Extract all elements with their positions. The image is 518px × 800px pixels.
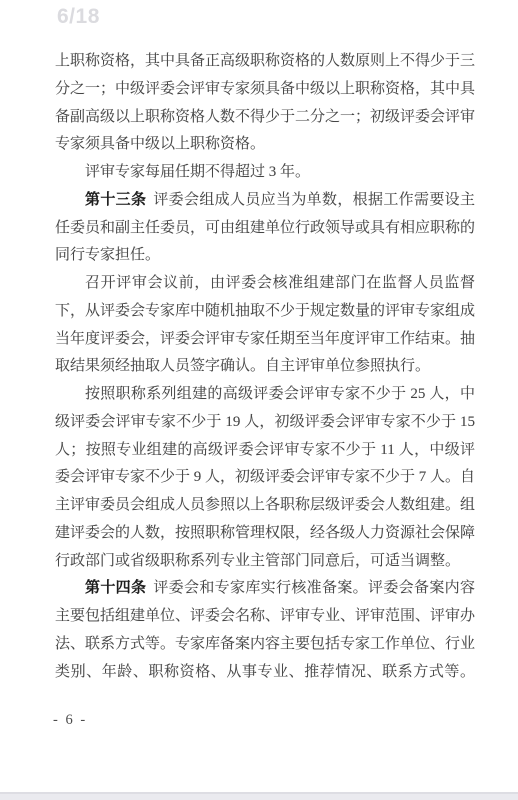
article-number: 第十三条 xyxy=(85,192,146,208)
text-line: 同行专家担任。 xyxy=(55,242,475,270)
document-body: 上职称资格，其中具备正高级职称资格的人数原则上不得少于三 分之一；中级评委会评审… xyxy=(55,48,475,686)
article-heading-line: 第十三条评委会组成人员应当为单数，根据工作需要设主 xyxy=(55,187,475,215)
text-line: 当年度评委会，评委会评审专家任期至当年度评审工作结束。抽 xyxy=(55,326,475,354)
text-line: 召开评审会议前，由评委会核准组建部门在监督人员监督 xyxy=(55,270,475,298)
text-line: 主要包括组建单位、评委会名称、评审专业、评审范围、评审办 xyxy=(55,603,475,631)
text-line: 任委员和副主任委员，可由组建单位行政领导或具有相应职称的 xyxy=(55,215,475,243)
text-line: 专家须具备中级以上职称资格。 xyxy=(55,131,475,159)
text-line: 法、联系方式等。专家库备案内容主要包括专家工作单位、行业 xyxy=(55,631,475,659)
text-line: 级评委会评审专家不少于 19 人，初级评委会评审专家不少于 15 xyxy=(55,409,475,437)
page-edge-divider xyxy=(0,792,518,800)
text-line: 主评审委员会组成人员参照以上各职称层级评委会人数组建。组 xyxy=(55,492,475,520)
text-line: 委会评审专家不少于 9 人，初级评委会评审专家不少于 7 人。自 xyxy=(55,464,475,492)
document-page[interactable]: 上职称资格，其中具备正高级职称资格的人数原则上不得少于三 分之一；中级评委会评审… xyxy=(0,0,518,792)
text-line: 取结果须经抽取人员签字确认。自主评审单位参照执行。 xyxy=(55,353,475,381)
article-text: 评委会组成人员应当为单数，根据工作需要设主 xyxy=(153,192,475,208)
text-line: 下，从评委会专家库中随机抽取不少于规定数量的评审专家组成 xyxy=(55,298,475,326)
article-number: 第十四条 xyxy=(85,580,146,596)
text-line: 备副高级以上职称资格人数不得少于二分之一；初级评委会评审 xyxy=(55,104,475,132)
document-viewer: 上职称资格，其中具备正高级职称资格的人数原则上不得少于三 分之一；中级评委会评审… xyxy=(0,0,518,800)
text-line: 按照职称系列组建的高级评委会评审专家不少于 25 人，中 xyxy=(55,381,475,409)
text-line: 上职称资格，其中具备正高级职称资格的人数原则上不得少于三 xyxy=(55,48,475,76)
text-line: 评审专家每届任期不得超过 3 年。 xyxy=(55,159,475,187)
text-line: 分之一；中级评委会评审专家须具备中级以上职称资格，其中具 xyxy=(55,76,475,104)
text-line: 类别、年龄、职称资格、从事专业、推荐情况、联系方式等。 xyxy=(55,659,475,687)
text-line: 人；按照专业组建的高级评委会评审专家不少于 11 人，中级评 xyxy=(55,437,475,465)
text-line: 建评委会的人数，按照职称管理权限，经各级人力资源社会保障 xyxy=(55,520,475,548)
article-heading-line: 第十四条评委会和专家库实行核准备案。评委会备案内容 xyxy=(55,575,475,603)
viewer-page-indicator: 6/18 xyxy=(57,5,100,29)
text-line: 行政部门或省级职称系列专业主管部门同意后，可适当调整。 xyxy=(55,548,475,576)
article-text: 评委会和专家库实行核准备案。评委会备案内容 xyxy=(153,580,475,596)
page-number-footer: - 6 - xyxy=(53,712,87,729)
